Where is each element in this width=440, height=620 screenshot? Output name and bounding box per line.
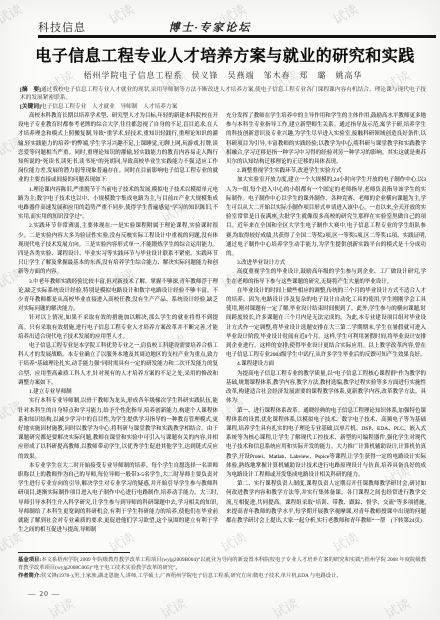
keywords-label: [关键词] — [20, 104, 41, 110]
abstract-label: [摘 要] — [20, 87, 41, 93]
authors-line: 梧州学院电子信息工程系 侯义锋 吴燕端 邹木春 郑 璐 姚高华 — [20, 70, 426, 81]
author-bio-note: 作者简介:侯义锋(1978-),男,土家族,湖北恩施人,讲师,工学硕士,广西梧州… — [18, 572, 426, 580]
body-paragraph: 加大实验室开放力度,建立一个大规模的,24小时向学生开放的电子制作中心,以3人为… — [226, 176, 426, 259]
watermark-text: 试读 — [0, 0, 25, 28]
abstract-paragraph: [摘 要]通过我校电子信息工程专业人才就业的现状,采用导师制等方法不断改进人才培… — [20, 87, 426, 103]
abstract-block: [摘 要]通过我校电子信息工程专业人才就业的现状,采用导师制等方法不断改进人才培… — [20, 87, 426, 114]
fund-text: 本文系梧州学院 2009 年院级教育教学改革工程项目(wyjg2009B004)… — [18, 557, 426, 571]
body-paragraph: 实行本科专业导师制,以骨干教师为龙头,形成各年级梯次学生科研实践队伍,能针对本科… — [18, 397, 218, 461]
journal-name: 科技信息 — [38, 19, 86, 35]
body-paragraph: 高度重视学生的毕业设计,鼓励高年级的学生参与到企业、工厂做设计研究,学生在老师的… — [226, 268, 426, 286]
body-column-left: 高校本科教育长期以培养学术型、研究型人才为目标,年轻的新建本科院校在开设电子专业… — [18, 112, 218, 554]
watermark-text: 试读 — [269, 593, 301, 620]
body-paragraph: 1.理论课内容陈旧,严重脱节于当前电子技术的发展,模拟电子技术以模拟单元电路为主… — [18, 186, 218, 223]
body-paragraph: 第一、进行课程体系改革。通晓经典的电子信息工程理论知识体系,加强特色课程体系的设… — [226, 407, 426, 481]
bio-label: 作者简介: — [18, 573, 41, 579]
body-paragraph: 第二、实行课程负责人制度,课程负责人定期召开任课教师教学研讨会,研讨如何改进教学… — [226, 480, 426, 526]
column-section-name: 博士·专家论坛 — [120, 19, 300, 35]
body-paragraph: 针对以上情况,如果不采取有效的措施加以解决,那么学生的就业将得不到提高。只有采取… — [18, 314, 218, 342]
body-paragraph: 3.改进毕业设计方式 — [226, 259, 426, 268]
body-paragraph: 充分发挥了教师在学生培养中的主导作用和学生的主体作用,鼓励高水平教师更多地参与本… — [226, 112, 426, 167]
body-column-right: 充分发挥了教师在学生培养中的主导作用和学生的主体作用,鼓励高水平教师更多地参与本… — [226, 112, 426, 554]
body-columns: 高校本科教育长期以培养学术型、研究型人才为目标,年轻的新建本科院校在开设电子专业… — [18, 112, 426, 554]
abstract-text: 通过我校电子信息工程专业人才就业的现状,采用导师制等方法不断改进人才培养方案,使… — [20, 87, 426, 101]
document-page: 试读试读试读试读试读试读试读试读试读试读试读试读试读试读试读试读试读试读试读试读… — [0, 0, 440, 620]
fund-note: 基金项目:本文系梧州学院 2009 年院级教育教学改革工程项目(wyjg2009… — [18, 556, 426, 572]
footnote-rule — [18, 552, 130, 553]
body-paragraph: 4.课程建设方面 — [226, 360, 426, 369]
body-paragraph: 3.中老年教师实践经验比较丰富,但对新技术了解、掌握不够深,青年教师浮于理论,缺… — [18, 278, 218, 315]
body-paragraph: 本专业学生在大二时开始接受专业导师制的培养。每个学生自愿选择一名讲师职称以上的教… — [18, 462, 218, 536]
paper-title: 电子信息工程专业人才培养方案与就业的研究和实践 — [20, 43, 430, 66]
body-paragraph: 在毕业设计的时间上做些相应的调整,传统的三个月的毕业设计方式不适合人才的培养。因… — [226, 287, 426, 361]
watermark-text: 试读 — [329, 0, 361, 28]
keywords-text: 电子信息工程专业 人才就业 导师制 人才培养方案 — [41, 104, 178, 110]
watermark-text: 试读 — [381, 593, 413, 620]
body-paragraph: 2.调整重视学生实践环节,改进学生实验方式 — [226, 167, 426, 176]
bio-text: 侯义锋(1978-),男,土家族,湖北恩施人,讲师,工学硕士,广西梧州学院电子信… — [41, 573, 342, 579]
header-rule — [38, 35, 436, 38]
body-paragraph: 为提高电子信息工程专业的教学质量,以“电子信息工程核心课程群”作为教学的基础,规… — [226, 370, 426, 407]
body-paragraph: 1.建立专业导师制 — [18, 388, 218, 397]
body-paragraph: 电子信息工程专业是本学院工科优势专业之一,肩负校工科建设需要培养合格工科人才的发… — [18, 342, 218, 388]
footnotes-block: 基金项目:本文系梧州学院 2009 年院级教育教学改革工程项目(wyjg2009… — [18, 552, 426, 580]
page-number: — 20 — — [28, 589, 60, 598]
watermark-text: 试读 — [157, 593, 189, 620]
fund-label: 基金项目: — [18, 557, 41, 563]
body-paragraph: 2.实践环节非常薄弱,主要体现在:一是实验课程附属于理论课程,实验课时很少。二是… — [18, 222, 218, 277]
body-paragraph: 高校本科教育长期以培养学术型、研究型人才为目标,年轻的新建本科院校在开设电子专业… — [18, 112, 218, 186]
